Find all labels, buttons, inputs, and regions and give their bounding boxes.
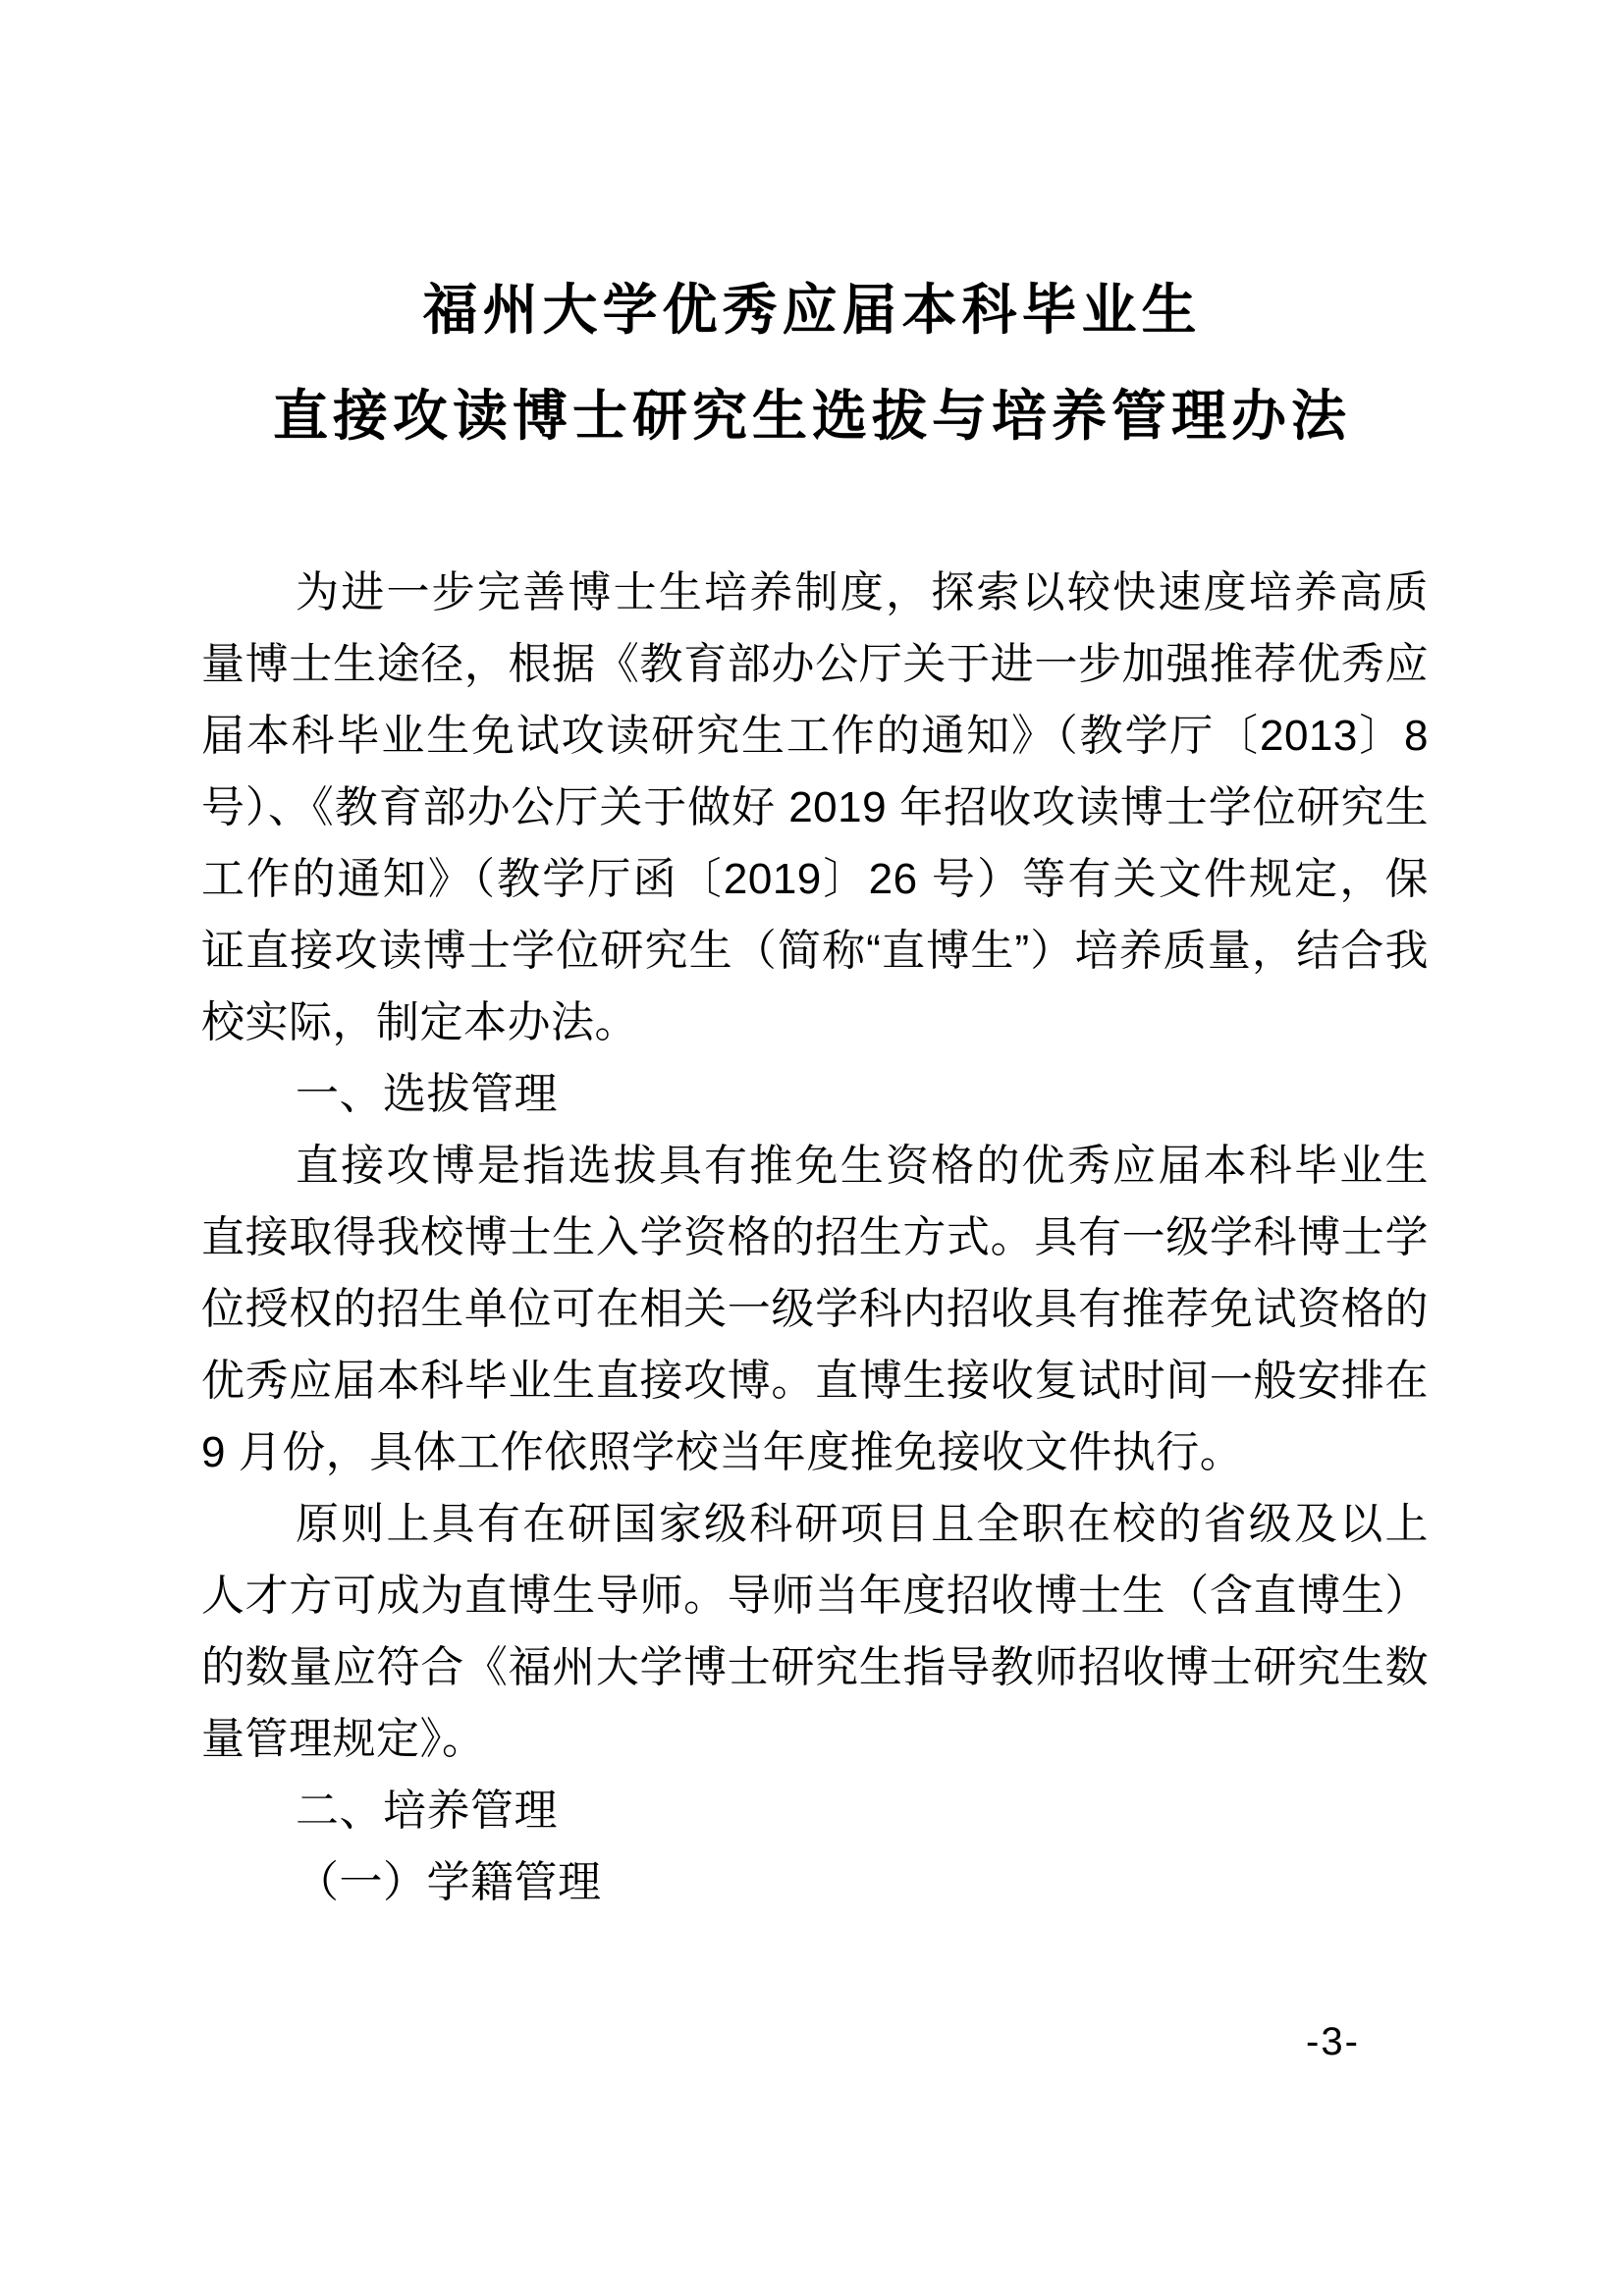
paragraph-intro: 为进一步完善博士生培养制度，探索以较快速度培养高质量博士生途径，根据《教育部办公… bbox=[201, 557, 1429, 1058]
page-number: -3- bbox=[1306, 2020, 1360, 2064]
document-title-line-1: 福州大学优秀应届本科毕业生 bbox=[0, 257, 1624, 363]
document-page: 福州大学优秀应届本科毕业生 直接攻读博士研究生选拔与培养管理办法 为进一步完善博… bbox=[0, 0, 1624, 2296]
section-1-heading: 一、选拔管理 bbox=[201, 1058, 1429, 1130]
section-2-subsection-1-heading: （一）学籍管理 bbox=[201, 1846, 1429, 1918]
document-body: 为进一步完善博士生培养制度，探索以较快速度培养高质量博士生途径，根据《教育部办公… bbox=[201, 557, 1429, 1918]
section-2-heading: 二、培养管理 bbox=[201, 1775, 1429, 1846]
section-1-paragraph-2: 原则上具有在研国家级科研项目且全职在校的省级及以上人才方可成为直博生导师。导师当… bbox=[201, 1488, 1429, 1775]
document-title: 福州大学优秀应届本科毕业生 直接攻读博士研究生选拔与培养管理办法 bbox=[0, 257, 1624, 469]
document-title-line-2: 直接攻读博士研究生选拔与培养管理办法 bbox=[0, 363, 1624, 469]
section-1-paragraph-1: 直接攻博是指选拔具有推免生资格的优秀应届本科毕业生直接取得我校博士生入学资格的招… bbox=[201, 1130, 1429, 1488]
